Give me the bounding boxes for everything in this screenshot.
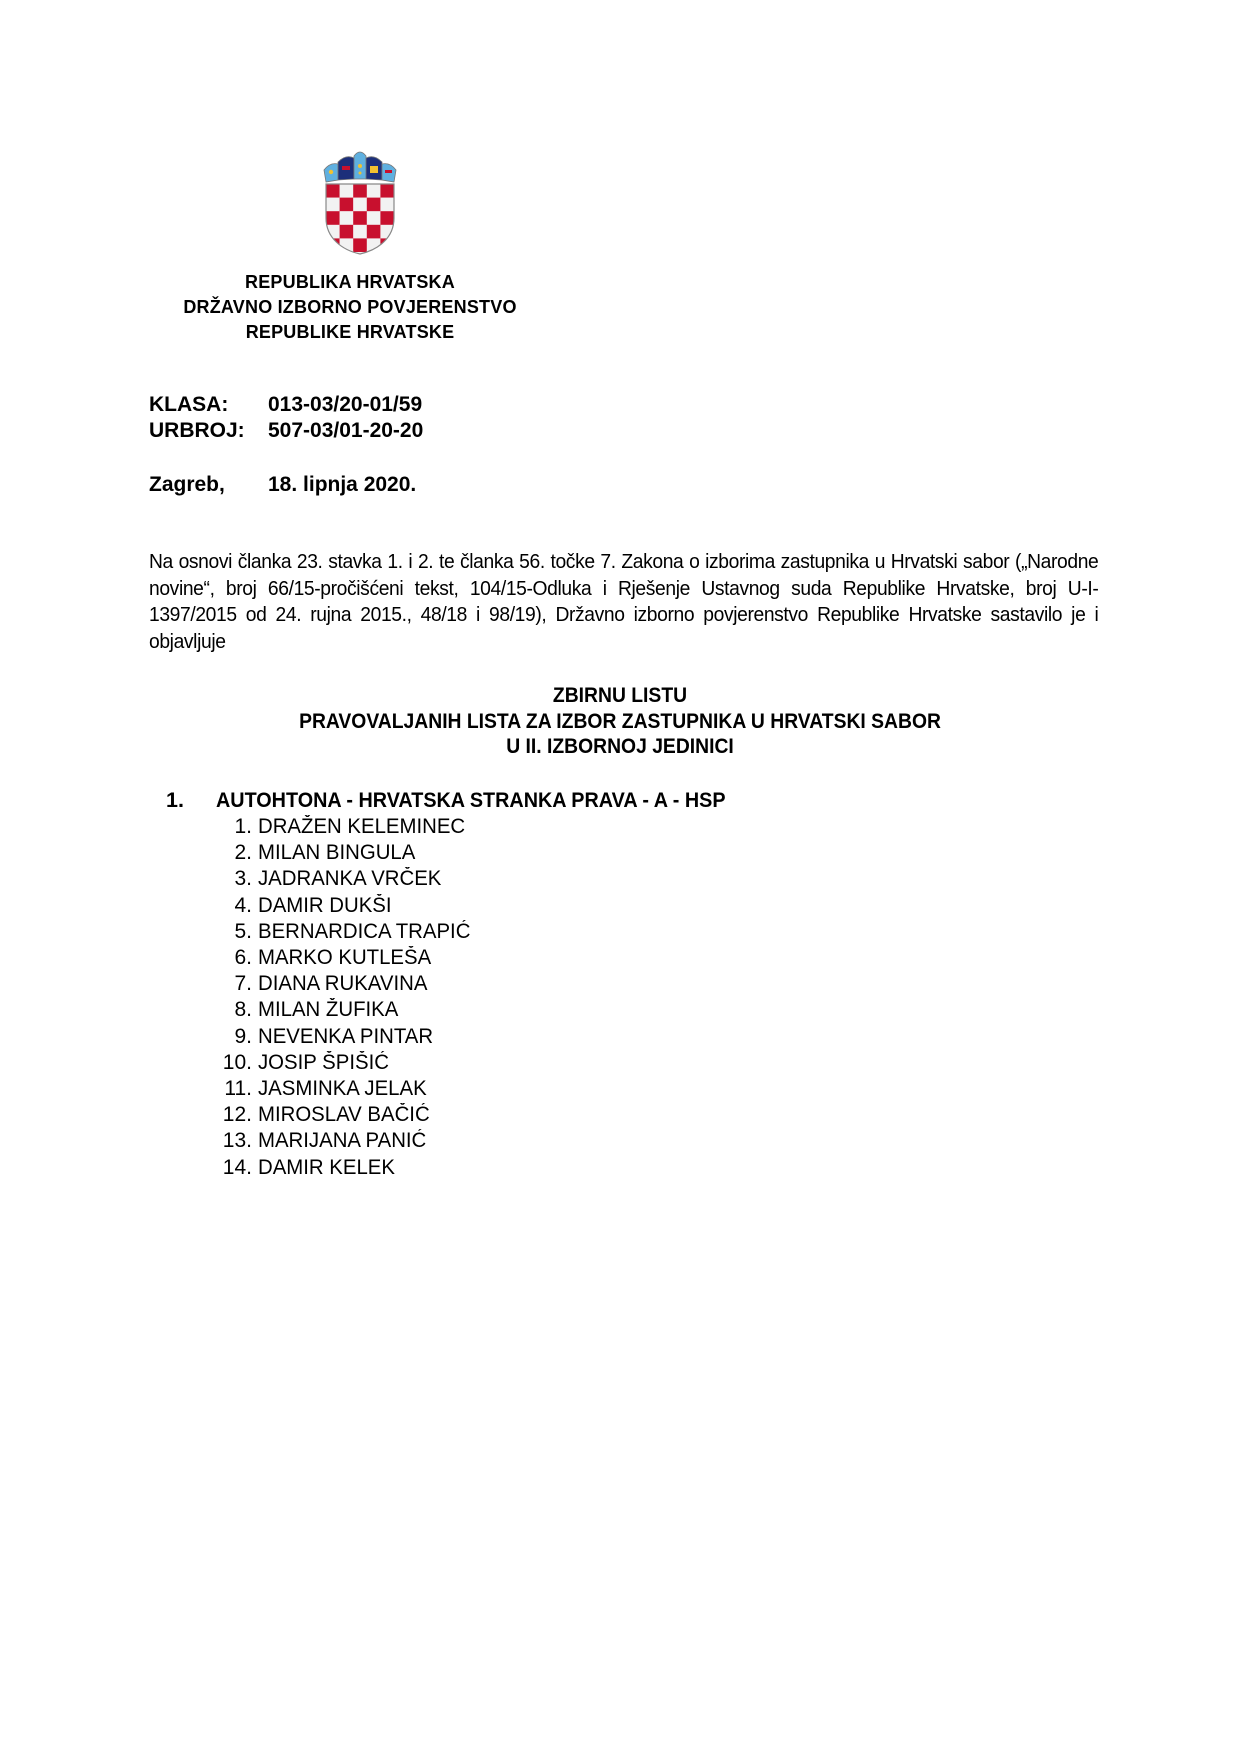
issuer-line-3: REPUBLIKE HRVATSKE [140, 320, 560, 345]
candidate-name: NEVENKA PINTAR [258, 1024, 433, 1050]
urbroj-label: URBROJ: [149, 418, 268, 444]
klasa-label: KLASA: [149, 392, 268, 418]
list-item: 7.DIANA RUKAVINA [216, 971, 477, 997]
urbroj-value: 507-03/01-20-20 [268, 418, 423, 444]
candidate-number: 13. [216, 1128, 258, 1154]
title-line-1: ZBIRNU LISTU [252, 683, 988, 709]
klasa-value: 013-03/20-01/59 [268, 392, 422, 418]
title-line-3: U II. IZBORNOJ JEDINICI [252, 734, 988, 760]
legal-basis-paragraph: Na osnovi članka 23. stavka 1. i 2. te č… [149, 549, 1098, 655]
candidate-name: DIANA RUKAVINA [258, 971, 427, 997]
candidate-name: JOSIP ŠPIŠIĆ [258, 1050, 389, 1076]
candidate-name: DAMIR DUKŠI [258, 893, 392, 919]
list-item: 12.MIROSLAV BAČIĆ [216, 1102, 477, 1128]
list-item: 3.JADRANKA VRČEK [216, 866, 477, 892]
candidate-name: DRAŽEN KELEMINEC [258, 814, 465, 840]
list-item: 11.JASMINKA JELAK [216, 1076, 477, 1102]
issuer-header: REPUBLIKA HRVATSKA DRŽAVNO IZBORNO POVJE… [140, 270, 560, 345]
candidate-number: 6. [216, 945, 258, 971]
list-item: 4.DAMIR DUKŠI [216, 893, 477, 919]
candidate-number: 2. [216, 840, 258, 866]
candidate-name: MILAN ŽUFIKA [258, 997, 398, 1023]
title-line-2: PRAVOVALJANIH LISTA ZA IZBOR ZASTUPNIKA … [252, 709, 988, 735]
candidate-number: 8. [216, 997, 258, 1023]
candidate-number: 9. [216, 1024, 258, 1050]
candidate-list: 1.DRAŽEN KELEMINEC 2.MILAN BINGULA 3.JAD… [216, 814, 477, 1181]
date-row: Zagreb, 18. lipnja 2020. [149, 472, 416, 498]
party-list-heading: 1. AUTOHTONA - HRVATSKA STRANKA PRAVA - … [166, 787, 770, 813]
candidate-number: 3. [216, 866, 258, 892]
candidate-number: 12. [216, 1102, 258, 1128]
candidate-name: DAMIR KELEK [258, 1155, 395, 1181]
coat-of-arms-icon [320, 148, 400, 256]
document-title: ZBIRNU LISTU PRAVOVALJANIH LISTA ZA IZBO… [220, 683, 1020, 760]
list-item: 9.NEVENKA PINTAR [216, 1024, 477, 1050]
candidate-number: 7. [216, 971, 258, 997]
candidate-number: 1. [216, 814, 258, 840]
candidate-number: 4. [216, 893, 258, 919]
candidate-number: 5. [216, 919, 258, 945]
list-item: 8.MILAN ŽUFIKA [216, 997, 477, 1023]
candidate-number: 14. [216, 1155, 258, 1181]
list-item: 1.DRAŽEN KELEMINEC [216, 814, 477, 840]
candidate-name: BERNARDICA TRAPIĆ [258, 919, 470, 945]
date-place: Zagreb, [149, 472, 268, 498]
list-item: 6.MARKO KUTLEŠA [216, 945, 477, 971]
urbroj-row: URBROJ: 507-03/01-20-20 [149, 418, 423, 444]
candidate-name: JASMINKA JELAK [258, 1076, 427, 1102]
reference-block: KLASA: 013-03/20-01/59 URBROJ: 507-03/01… [149, 392, 423, 444]
list-item: 10.JOSIP ŠPIŠIĆ [216, 1050, 477, 1076]
list-item: 2.MILAN BINGULA [216, 840, 477, 866]
candidate-name: MILAN BINGULA [258, 840, 415, 866]
candidate-number: 10. [216, 1050, 258, 1076]
list-item: 5.BERNARDICA TRAPIĆ [216, 919, 477, 945]
candidate-name: MARIJANA PANIĆ [258, 1128, 426, 1154]
issuer-line-2: DRŽAVNO IZBORNO POVJERENSTVO [140, 295, 560, 320]
candidate-name: MARKO KUTLEŠA [258, 945, 431, 971]
list-item: 14.DAMIR KELEK [216, 1155, 477, 1181]
date-value: 18. lipnja 2020. [268, 472, 416, 498]
candidate-name: JADRANKA VRČEK [258, 866, 441, 892]
candidate-number: 11. [216, 1076, 258, 1102]
candidate-name: MIROSLAV BAČIĆ [258, 1102, 430, 1128]
issuer-line-1: REPUBLIKA HRVATSKA [140, 270, 560, 295]
list-item: 13.MARIJANA PANIĆ [216, 1128, 477, 1154]
klasa-row: KLASA: 013-03/20-01/59 [149, 392, 423, 418]
party-name: AUTOHTONA - HRVATSKA STRANKA PRAVA - A -… [216, 787, 726, 813]
party-number: 1. [166, 787, 216, 813]
